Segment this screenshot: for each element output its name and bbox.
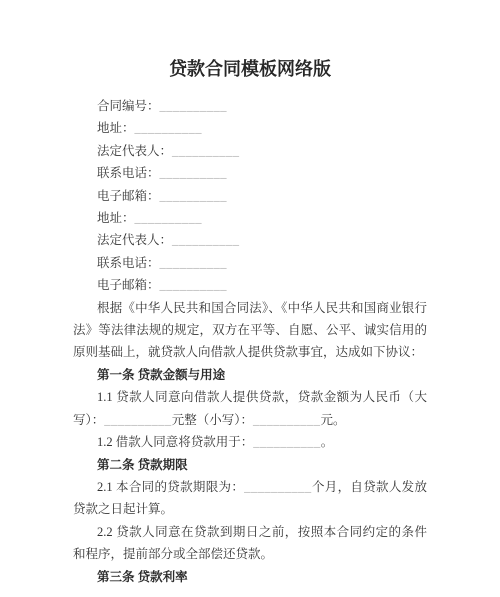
contract-field-row: 联系电话：__________ — [73, 162, 427, 184]
field-label: 电子邮箱： — [97, 278, 160, 292]
contract-header-fields: 合同编号：__________地址：__________法定代表人：______… — [73, 95, 427, 297]
field-label: 地址： — [97, 121, 135, 135]
text-run: 第一条 贷款金额与用途 — [97, 368, 225, 382]
text-run: 根据《中华人民共和国合同法》、《中华人民共和国商业银行法》等法律法规的规定，双方… — [73, 301, 427, 360]
text-run: 第三条 贷款利率 — [97, 570, 188, 584]
section-heading: 第一条 贷款金额与用途 — [73, 364, 427, 386]
text-run: 。 — [321, 435, 334, 449]
blank-line: __________ — [160, 278, 228, 292]
blank-line: __________ — [160, 166, 228, 180]
blank-line: __________ — [244, 480, 312, 494]
contract-field-row: 联系电话：__________ — [73, 252, 427, 274]
blank-line: __________ — [172, 233, 240, 247]
contract-field-row: 法定代表人：__________ — [73, 140, 427, 162]
field-label: 合同编号： — [97, 99, 160, 113]
text-run: 2.1 本合同的贷款期限为： — [97, 480, 244, 494]
contract-field-row: 合同编号：__________ — [73, 95, 427, 117]
text-run: 第二条 贷款期限 — [97, 458, 188, 472]
blank-line: __________ — [135, 211, 203, 225]
blank-line: __________ — [160, 189, 228, 203]
contract-field-row: 地址：__________ — [73, 207, 427, 229]
contract-field-row: 法定代表人：__________ — [73, 229, 427, 251]
contract-field-row: 地址：__________ — [73, 117, 427, 139]
text-run: 1.2 借款人同意将贷款用于： — [97, 435, 253, 449]
section-heading: 第二条 贷款期限 — [73, 454, 427, 476]
field-label: 联系电话： — [97, 256, 160, 270]
field-label: 联系电话： — [97, 166, 160, 180]
field-label: 电子邮箱： — [97, 189, 160, 203]
blank-line: __________ — [135, 121, 203, 135]
body-paragraph: 2.1 本合同的贷款期限为：__________个月，自贷款人发放贷款之日起计算… — [73, 476, 427, 521]
contract-body: 根据《中华人民共和国合同法》、《中华人民共和国商业银行法》等法律法规的规定，双方… — [73, 297, 427, 588]
section-heading: 第三条 贷款利率 — [73, 566, 427, 588]
blank-line: __________ — [253, 435, 321, 449]
text-run: 元。 — [321, 413, 346, 427]
blank-line: __________ — [160, 256, 228, 270]
document-title: 贷款合同模板网络版 — [73, 57, 427, 81]
body-paragraph: 根据《中华人民共和国合同法》、《中华人民共和国商业银行法》等法律法规的规定，双方… — [73, 297, 427, 364]
document-page: 贷款合同模板网络版 合同编号：__________地址：__________法定… — [0, 0, 500, 597]
text-run: 元整（小写）： — [172, 413, 253, 427]
contract-field-row: 电子邮箱：__________ — [73, 274, 427, 296]
body-paragraph: 2.2 贷款人同意在贷款到期日之前，按照本合同约定的条件和程序，提前部分或全部偿… — [73, 521, 427, 566]
field-label: 法定代表人： — [97, 144, 172, 158]
blank-line: __________ — [172, 144, 240, 158]
blank-line: __________ — [253, 413, 321, 427]
blank-line: __________ — [160, 99, 228, 113]
body-paragraph: 1.2 借款人同意将贷款用于：__________。 — [73, 431, 427, 453]
body-paragraph: 1.1 贷款人同意向借款人提供贷款，贷款金额为人民币（大写）：_________… — [73, 386, 427, 431]
text-run: 2.2 贷款人同意在贷款到期日之前，按照本合同约定的条件和程序，提前部分或全部偿… — [73, 525, 427, 561]
contract-field-row: 电子邮箱：__________ — [73, 185, 427, 207]
field-label: 法定代表人： — [97, 233, 172, 247]
field-label: 地址： — [97, 211, 135, 225]
blank-line: __________ — [104, 413, 172, 427]
